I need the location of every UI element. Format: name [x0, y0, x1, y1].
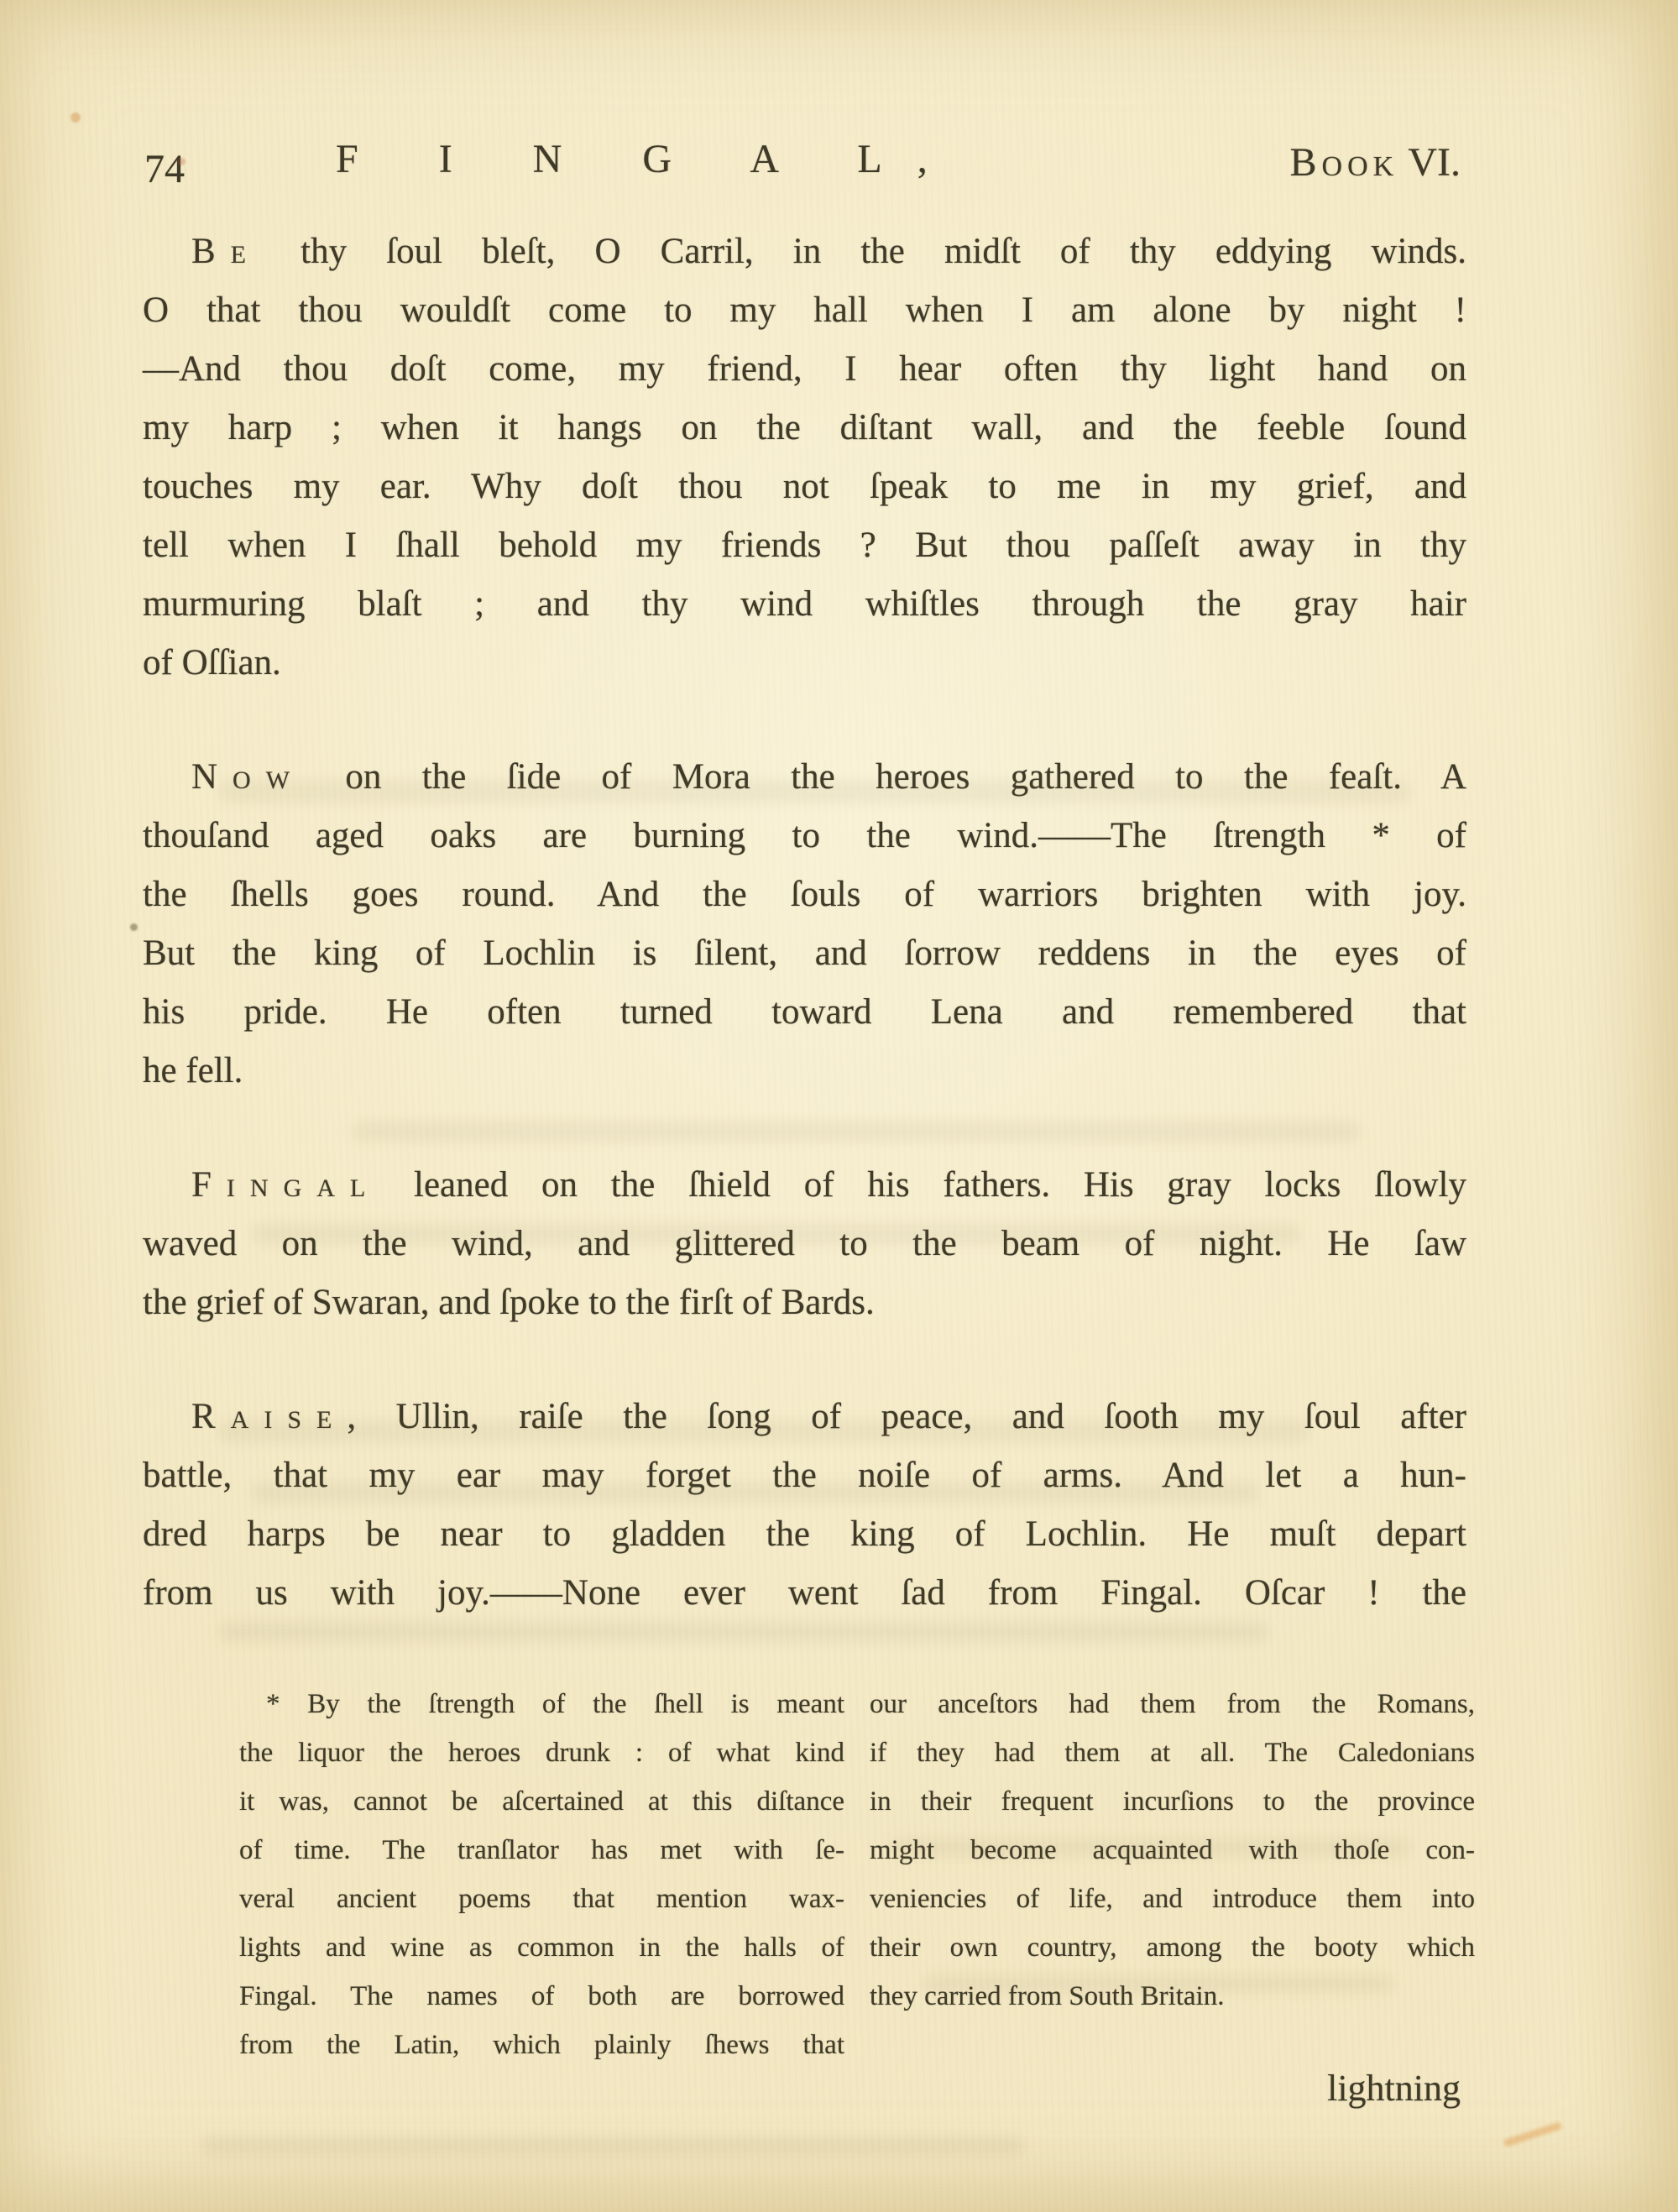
- scanned-book-page: 74 F I N G A L, Book VI. Be thy ſoul ble…: [0, 0, 1678, 2212]
- paragraph-lines: battle, that my ear may forget the noiſe…: [143, 1446, 1466, 1623]
- text-line: my harp ; when it hangs on the diſtant w…: [143, 399, 1466, 458]
- paragraph-3: Fingal leaned on the ſhield of his fathe…: [143, 1156, 1466, 1332]
- text-line: from the Latin, which plainly ſhews that: [239, 2021, 844, 2069]
- show-through-artifact: [218, 1622, 1268, 1642]
- lead-word: Be: [191, 232, 261, 271]
- text-line: But the king of Lochlin is ſilent, and ſ…: [143, 924, 1466, 983]
- text-line: * By the ſtrength of the ſhell is meant: [239, 1680, 844, 1728]
- text-line: O that thou wouldſt come to my hall when…: [143, 281, 1466, 340]
- paper-stain: [1503, 2121, 1562, 2147]
- text-line: he fell.: [143, 1042, 1466, 1101]
- paragraph-lines: O that thou wouldſt come to my hall when…: [143, 281, 1466, 693]
- show-through-artifact: [218, 781, 1410, 803]
- show-through-artifact: [201, 2136, 1024, 2155]
- text-line: if they had them at all. The Caledonians: [870, 1728, 1475, 1777]
- text-line: in their frequent incurſions to the prov…: [870, 1777, 1475, 1826]
- catchword: lightning: [1327, 2067, 1461, 2111]
- running-title: F I N G A L,: [336, 139, 963, 180]
- first-line-rest: thy ſoul bleſt, O Carril, in the midſt o…: [261, 232, 1466, 271]
- show-through-artifact: [890, 1838, 1410, 1857]
- paragraph-1: Be thy ſoul bleſt, O Carril, in the midſ…: [143, 222, 1466, 693]
- footnote-right-column: our anceſtors had them from the Romans,i…: [870, 1680, 1475, 2069]
- text-line: their own country, among the booty which: [870, 1923, 1475, 1972]
- lead-word: Fingal: [191, 1165, 380, 1205]
- text-line: it was, cannot be aſcertained at this di…: [239, 1777, 844, 1826]
- show-through-artifact: [252, 1483, 1259, 1503]
- text-line: the grief of Swaran, and ſpoke to the fi…: [143, 1273, 1466, 1332]
- show-through-artifact: [218, 1420, 1309, 1442]
- book-word: Book: [1290, 140, 1399, 185]
- show-through-artifact: [923, 1974, 1393, 1993]
- text-line: the liquor the heroes drunk : of what ki…: [239, 1728, 844, 1777]
- page-number: 74: [144, 149, 185, 190]
- text-line: veniencies of life, and introduce them i…: [870, 1875, 1475, 1923]
- text-line: his pride. He often turned toward Lena a…: [143, 983, 1466, 1042]
- text-line: Be thy ſoul bleſt, O Carril, in the midſ…: [143, 222, 1466, 281]
- text-line: lights and wine as common in the halls o…: [239, 1923, 844, 1972]
- book-chapter-label: Book VI.: [1290, 143, 1461, 183]
- text-line: Fingal. The names of both are borrowed: [239, 1972, 844, 2021]
- text-line: dred harps be near to gladden the king o…: [143, 1505, 1466, 1564]
- book-numeral: VI.: [1408, 140, 1461, 185]
- paper-stain: [130, 923, 138, 931]
- paper-stain: [71, 112, 81, 123]
- text-line: thouſand aged oaks are burning to the wi…: [143, 807, 1466, 865]
- text-line: veral ancient poems that mention wax-: [239, 1875, 844, 1923]
- show-through-artifact: [252, 1224, 1301, 1244]
- paragraph-lines: thouſand aged oaks are burning to the wi…: [143, 807, 1466, 1101]
- text-line: murmuring blaſt ; and thy wind whiſtles …: [143, 575, 1466, 634]
- text-line: from us with joy.——None ever went ſad fr…: [143, 1564, 1466, 1623]
- text-line: tell when I ſhall behold my friends ? Bu…: [143, 516, 1466, 575]
- text-line: of Oſſian.: [143, 634, 1466, 693]
- footnote: * By the ſtrength of the ſhell is meantt…: [239, 1680, 1475, 2069]
- text-line: our anceſtors had them from the Romans,: [870, 1680, 1475, 1728]
- first-line-rest: leaned on the ſhield of his fathers. His…: [380, 1165, 1466, 1205]
- show-through-artifact: [353, 1122, 1360, 1142]
- footnote-left-column: * By the ſtrength of the ſhell is meantt…: [239, 1680, 844, 2069]
- body-text: Be thy ſoul bleſt, O Carril, in the midſ…: [143, 222, 1466, 1678]
- text-line: Fingal leaned on the ſhield of his fathe…: [143, 1156, 1466, 1215]
- text-line: touches my ear. Why doſt thou not ſpeak …: [143, 458, 1466, 516]
- paper-stain: [178, 158, 186, 165]
- text-line: —And thou doſt come, my friend, I hear o…: [143, 340, 1466, 399]
- text-line: of time. The tranſlator has met with ſe-: [239, 1826, 844, 1875]
- text-line: the ſhells goes round. And the ſouls of …: [143, 865, 1466, 924]
